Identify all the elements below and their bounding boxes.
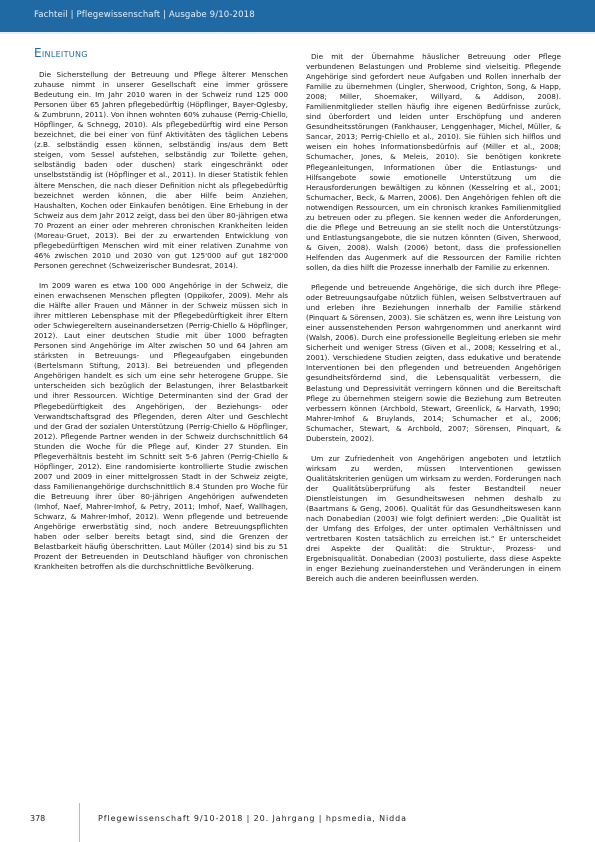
footer-divider: [79, 803, 80, 842]
paragraph: Die mit der Übernahme häuslicher Betreuu…: [306, 52, 561, 273]
paragraph: Im 2009 waren es etwa 100 000 Angehörige…: [34, 281, 288, 572]
running-header-bar: Fachteil | Pflegewissenschaft | Ausgabe …: [0, 0, 595, 34]
paragraph: Um zur Zufriedenheit von Angehörigen ang…: [306, 454, 561, 585]
left-column: Die Sicherstellung der Betreuung und Pfl…: [34, 70, 288, 582]
page-number: 378: [30, 814, 45, 823]
right-column: Die mit der Übernahme häuslicher Betreuu…: [306, 52, 561, 594]
footer-journal-line: Pflegewissenschaft 9/10-2018 | 20. Jahrg…: [98, 814, 407, 823]
section-heading: Einleitung: [34, 46, 88, 60]
paragraph: Pflegende und betreuende Angehörige, die…: [306, 283, 561, 444]
running-header-title: Fachteil | Pflegewissenschaft | Ausgabe …: [34, 10, 255, 20]
paragraph: Die Sicherstellung der Betreuung und Pfl…: [34, 70, 288, 271]
